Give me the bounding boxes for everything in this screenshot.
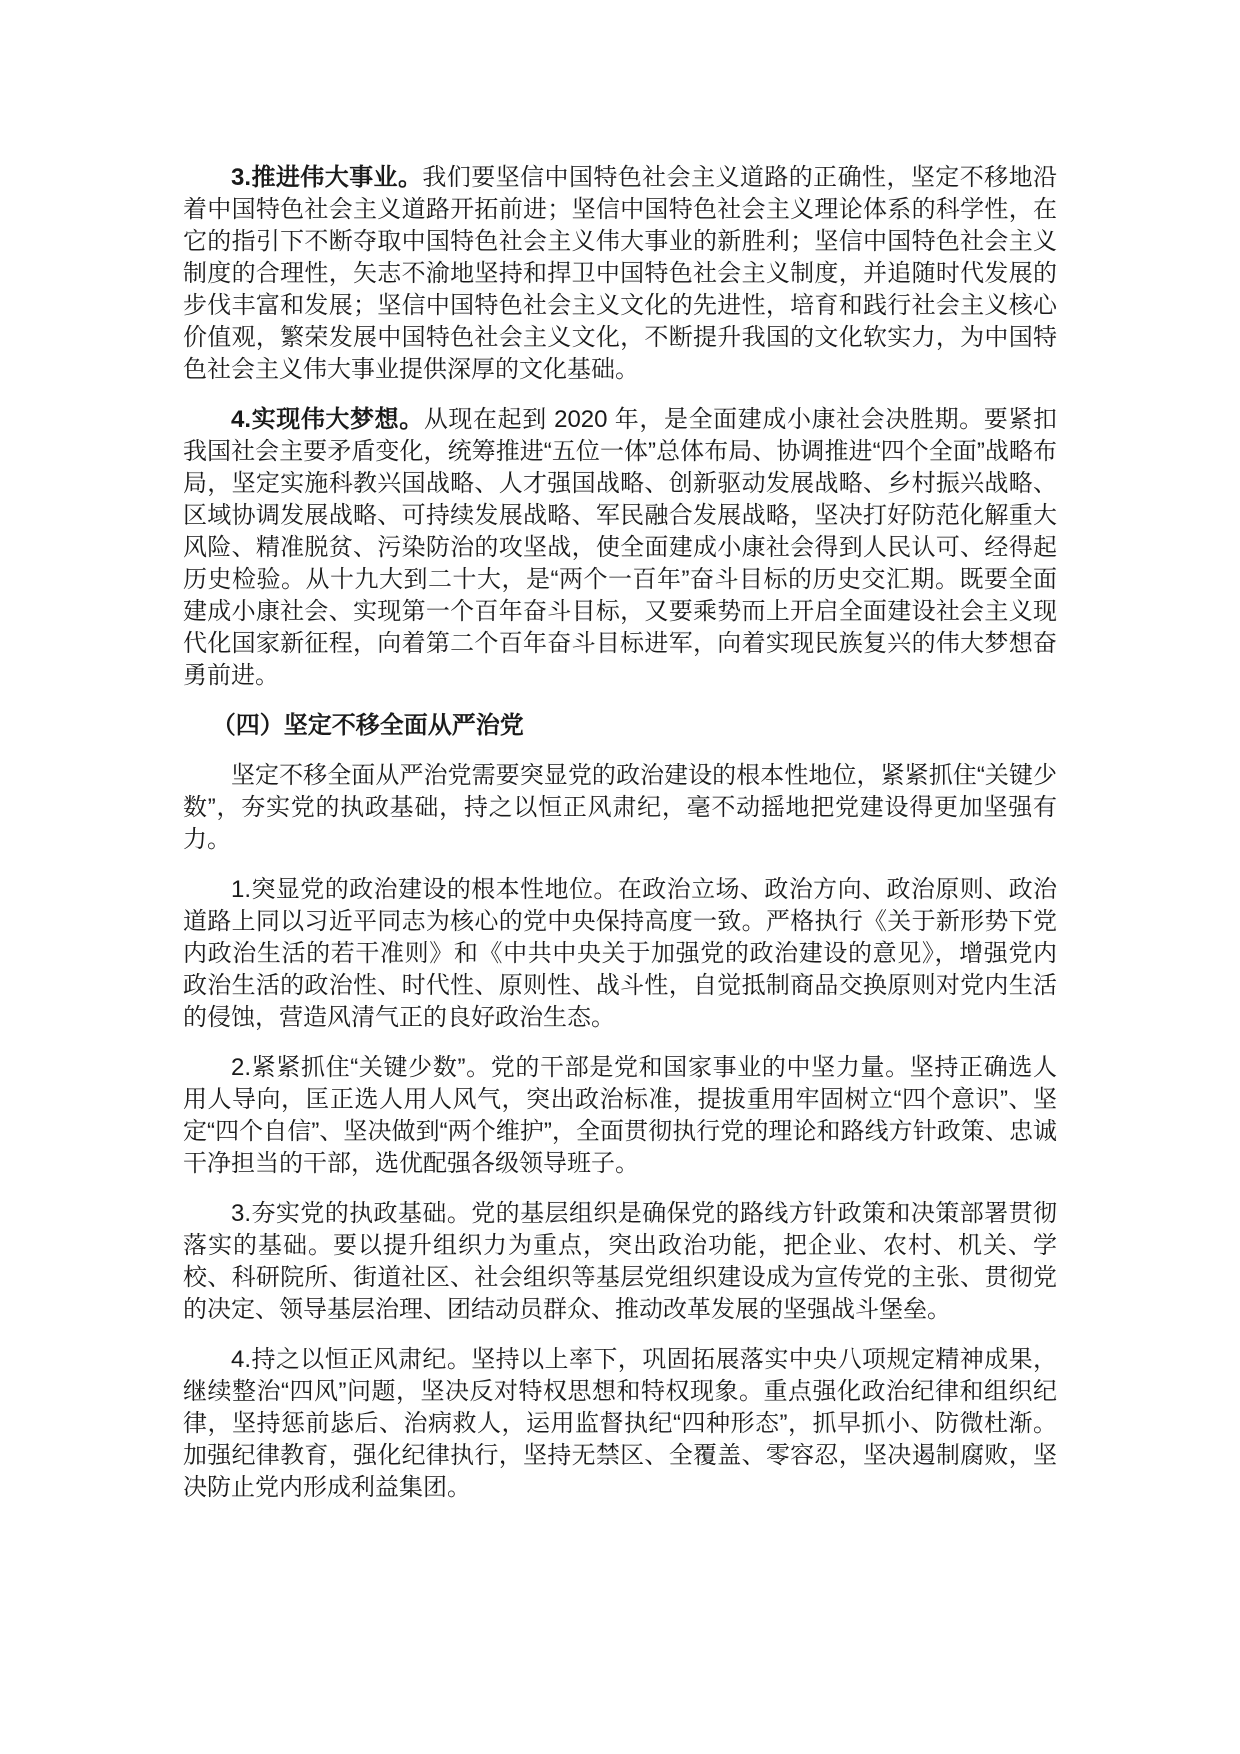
paragraph-text: 1.突显党的政治建设的根本性地位。在政治立场、政治方向、政治原则、政治道路上同以… [183,876,1057,1031]
paragraph-section-intro: 坚定不移全面从严治党需要突显党的政治建设的根本性地位，紧紧抓住“关键少数”，夯实… [183,760,1057,856]
paragraph-3-promote-great-cause: 3.推进伟大事业。我们要坚信中国特色社会主义道路的正确性，坚定不移地沿着中国特色… [183,162,1057,386]
paragraph-lead: 3.推进伟大事业。 [231,164,422,191]
paragraph-4-realize-great-dream: 4.实现伟大梦想。从现在起到 2020 年，是全面建成小康社会决胜期。要紧扣我国… [183,404,1057,692]
paragraph-text: 我们要坚信中国特色社会主义道路的正确性，坚定不移地沿着中国特色社会主义道路开拓前… [183,164,1057,383]
paragraph-text: 2.紧紧抓住“关键少数”。党的干部是党和国家事业的中坚力量。坚持正确选人用人导向… [183,1054,1057,1177]
paragraph-text: 坚定不移全面从严治党需要突显党的政治建设的根本性地位，紧紧抓住“关键少数”，夯实… [183,762,1057,853]
paragraph-text: 从现在起到 2020 年，是全面建成小康社会决胜期。要紧扣我国社会主要矛盾变化，… [183,406,1057,689]
paragraph-lead: 4.实现伟大梦想。 [231,406,424,433]
section-heading-strict-party-governance: （四）坚定不移全面从严治党 [183,710,1057,742]
paragraph-item-1-political-construction: 1.突显党的政治建设的根本性地位。在政治立场、政治方向、政治原则、政治道路上同以… [183,874,1057,1034]
paragraph-item-2-key-minority: 2.紧紧抓住“关键少数”。党的干部是党和国家事业的中坚力量。坚持正确选人用人导向… [183,1052,1057,1180]
document-page: 3.推进伟大事业。我们要坚信中国特色社会主义道路的正确性，坚定不移地沿着中国特色… [0,0,1240,1754]
paragraph-item-3-governing-foundation: 3.夯实党的执政基础。党的基层组织是确保党的路线方针政策和决策部署贯彻落实的基础… [183,1198,1057,1326]
paragraph-item-4-discipline: 4.持之以恒正风肃纪。坚持以上率下，巩固拓展落实中央八项规定精神成果，继续整治“… [183,1344,1057,1504]
paragraph-text: 4.持之以恒正风肃纪。坚持以上率下，巩固拓展落实中央八项规定精神成果，继续整治“… [183,1346,1057,1501]
paragraph-text: 3.夯实党的执政基础。党的基层组织是确保党的路线方针政策和决策部署贯彻落实的基础… [183,1200,1057,1323]
